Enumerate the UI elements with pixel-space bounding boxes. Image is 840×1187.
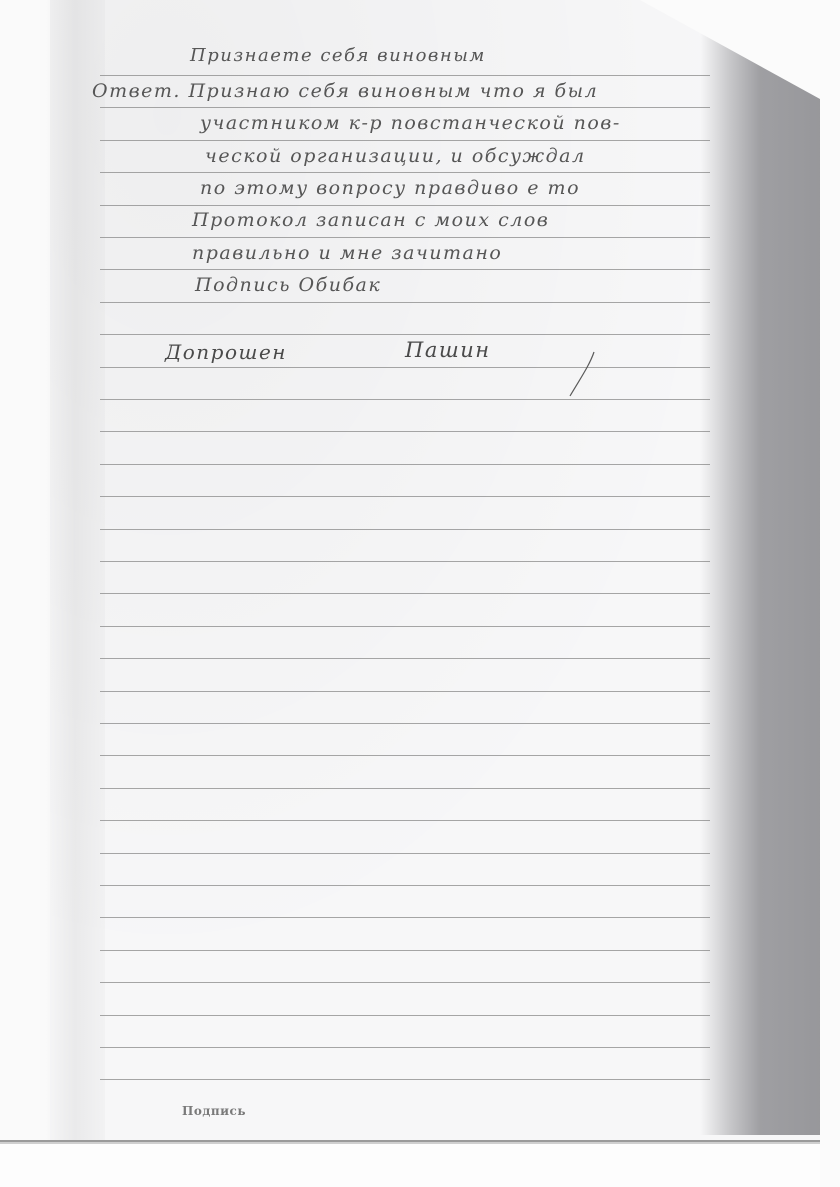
answer-line-6: правильно и мне зачитано xyxy=(192,242,502,264)
left-margin xyxy=(0,0,50,1140)
question-line: Признаете себя виновным xyxy=(190,45,486,66)
ruled-line xyxy=(100,626,710,627)
folded-corner xyxy=(640,0,840,110)
ruled-line xyxy=(100,367,710,368)
ruled-line xyxy=(100,237,710,238)
ruled-line xyxy=(100,691,710,692)
ruled-line xyxy=(100,302,710,303)
ruled-line xyxy=(100,529,710,530)
ruled-line xyxy=(100,561,710,562)
ruled-line xyxy=(100,140,710,141)
copy-shadow xyxy=(700,0,820,1135)
ruled-line xyxy=(100,755,710,756)
scanned-page: Признаете себя виновным Ответ. Признаю с… xyxy=(0,0,840,1187)
footer-signature-label: Подпись xyxy=(182,1104,246,1118)
ruled-line xyxy=(100,982,710,983)
ruled-line xyxy=(100,107,710,108)
right-edge xyxy=(820,0,840,1187)
answer-line-4: по этому вопросу правдиво е то xyxy=(200,177,580,199)
ruled-line xyxy=(100,1015,710,1016)
copy-noise-band xyxy=(45,0,105,1140)
ruled-line xyxy=(100,1047,710,1048)
answer-line-2: участником к-р повстанческой пов- xyxy=(200,112,621,134)
ruled-line xyxy=(100,853,710,854)
interrogated-label: Допрошен xyxy=(165,340,287,364)
ruled-line xyxy=(100,334,710,335)
ruled-line xyxy=(100,399,710,400)
ruled-line xyxy=(100,431,710,432)
signature: Пашин xyxy=(405,338,491,362)
signature-flourish xyxy=(560,350,600,400)
answer-line-1: Ответ. Признаю себя виновным что я был xyxy=(92,80,598,102)
ruled-line xyxy=(100,820,710,821)
ruled-line xyxy=(100,1079,710,1080)
ruled-line xyxy=(100,885,710,886)
ruled-line xyxy=(100,723,710,724)
ruled-line xyxy=(100,950,710,951)
answer-line-5: Протокол записан с моих слов xyxy=(192,209,549,231)
ruled-line xyxy=(100,658,710,659)
ruled-line xyxy=(100,205,710,206)
answer-line-7: Подпись Обибак xyxy=(195,274,381,296)
ruled-line xyxy=(100,917,710,918)
ruled-line xyxy=(100,593,710,594)
ruled-line xyxy=(100,172,710,173)
ruled-line xyxy=(100,496,710,497)
answer-line-3: ческой организации, и обсуждал xyxy=(205,145,586,167)
ruled-line xyxy=(100,464,710,465)
paper-sheet: Признаете себя виновным Ответ. Признаю с… xyxy=(0,0,836,1142)
ruled-line xyxy=(100,788,710,789)
ruled-line xyxy=(100,269,710,270)
ruled-line xyxy=(100,75,710,76)
